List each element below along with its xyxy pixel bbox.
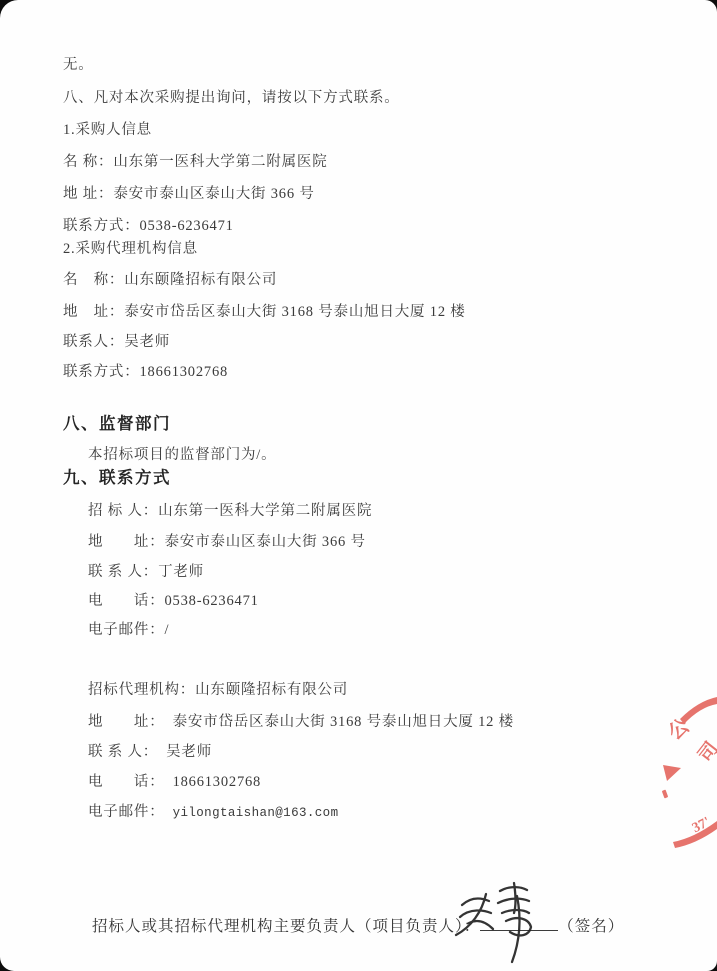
field-label: 地 址： [88, 714, 173, 730]
field-label: 联系方式： [63, 218, 140, 234]
field-label: 名 称： [63, 272, 124, 288]
field-label: 地 址： [63, 186, 113, 202]
row-agency-contact: 联系人：吴老师 [63, 332, 170, 352]
signature-suffix: （签名） [558, 918, 624, 935]
field-value: 泰安市泰山区泰山大街 366 号 [113, 186, 314, 202]
row-contact-agency-name: 招标代理机构：山东颐隆招标有限公司 [88, 680, 348, 700]
row-tenderer-address: 地 址：泰安市泰山区泰山大街 366 号 [88, 532, 366, 552]
field-label: 招标代理机构： [88, 682, 195, 698]
field-label: 名 称： [63, 154, 113, 170]
para-none: 无。 [63, 55, 94, 75]
field-value: 山东颐隆招标有限公司 [195, 682, 348, 698]
field-value: 山东第一医科大学第二附属医院 [158, 503, 372, 519]
field-value: yilongtaishan@163.com [173, 806, 339, 820]
contact-heading: 九、联系方式 [63, 468, 171, 488]
handwritten-signature [448, 874, 544, 968]
row-contact-agency-phone: 电 话： 18661302768 [88, 772, 261, 792]
row-tenderer-email: 电子邮件：/ [88, 620, 169, 640]
field-value: 18661302768 [173, 774, 262, 790]
row-purchaser-address: 地 址：泰安市泰山区泰山大街 366 号 [63, 184, 315, 204]
row-tenderer-name: 招 标 人：山东第一医科大学第二附属医院 [88, 501, 372, 521]
field-label: 电 话： [88, 774, 173, 790]
field-value: 吴老师 [166, 744, 212, 760]
row-purchaser-phone: 联系方式：0538-6236471 [63, 216, 234, 236]
responsible-person-line: 招标人或其招标代理机构主要负责人（项目负责人）：（签名） [92, 913, 624, 940]
field-value: 山东第一医科大学第二附属医院 [113, 154, 327, 170]
field-value: 山东颐隆招标有限公司 [124, 272, 277, 288]
field-label: 联 系 人： [88, 744, 166, 760]
responsible-person-prefix: 招标人或其招标代理机构主要负责人（项目负责人）： [92, 918, 480, 935]
field-value: 泰安市岱岳区泰山大街 3168 号泰山旭日大厦 12 楼 [124, 304, 465, 320]
field-value: 0538-6236471 [165, 593, 259, 609]
field-label: 联系人： [63, 334, 124, 350]
row-contact-agency-email: 电子邮件： yilongtaishan@163.com [88, 802, 339, 823]
field-label: 联系方式： [63, 364, 140, 380]
row-agency-phone: 联系方式：18661302768 [63, 362, 228, 382]
field-value: 泰安市泰山区泰山大街 366 号 [165, 534, 366, 550]
field-label: 电子邮件： [88, 804, 173, 820]
purchaser-heading: 1.采购人信息 [63, 120, 152, 140]
field-label: 电子邮件： [88, 622, 165, 638]
supervision-heading: 八、监督部门 [63, 414, 171, 434]
red-seal-stamp: 公 司 37' [654, 688, 717, 856]
row-tenderer-contact: 联 系 人：丁老师 [88, 562, 204, 582]
seal-arc-top [680, 697, 717, 724]
row-agency-name: 名 称：山东颐隆招标有限公司 [63, 270, 277, 290]
field-label: 招 标 人： [88, 503, 158, 519]
field-label: 电 话： [88, 593, 165, 609]
document-page: 无。 八、凡对本次采购提出询问，请按以下方式联系。 1.采购人信息 名 称：山东… [0, 0, 717, 971]
agency-heading: 2.采购代理机构信息 [63, 239, 198, 259]
field-label: 地 址： [88, 534, 165, 550]
row-purchaser-name: 名 称：山东第一医科大学第二附属医院 [63, 152, 328, 172]
supervision-body: 本招标项目的监督部门为/。 [88, 445, 276, 465]
row-contact-agency-address: 地 址： 泰安市岱岳区泰山大街 3168 号泰山旭日大厦 12 楼 [88, 712, 514, 732]
seal-star-fragment [663, 765, 681, 781]
seal-char-2: 司 [694, 738, 717, 767]
field-value: 18661302768 [140, 364, 229, 380]
field-label: 联 系 人： [88, 564, 158, 580]
field-value: 泰安市岱岳区泰山大街 3168 号泰山旭日大厦 12 楼 [173, 714, 514, 730]
row-contact-agency-contact: 联 系 人： 吴老师 [88, 742, 212, 762]
row-tenderer-phone: 电 话：0538-6236471 [88, 591, 259, 611]
field-value: / [165, 622, 170, 638]
field-value: 丁老师 [158, 564, 204, 580]
field-value: 0538-6236471 [140, 218, 234, 234]
para-inquiry: 八、凡对本次采购提出询问，请按以下方式联系。 [63, 88, 400, 108]
row-agency-address: 地 址：泰安市岱岳区泰山大街 3168 号泰山旭日大厦 12 楼 [63, 302, 466, 322]
field-value: 吴老师 [124, 334, 170, 350]
field-label: 地 址： [63, 304, 124, 320]
